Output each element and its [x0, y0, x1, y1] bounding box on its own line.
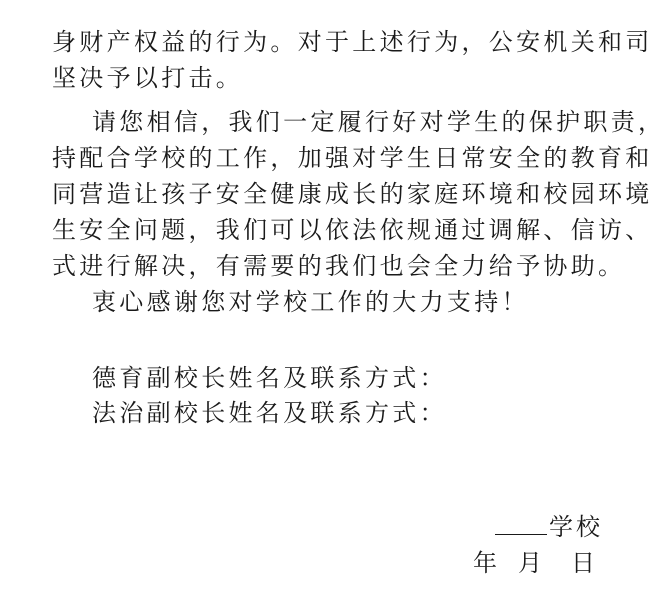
date-day-label: 日	[571, 548, 595, 578]
date-month-label: 月	[518, 548, 542, 578]
moral-vice-principal-contact-label: 德育副校长姓名及联系方式：	[92, 363, 650, 393]
date-year-label: 年	[473, 548, 497, 578]
paragraph-2-line-2: 持配合学校的工作，加强对学生日常安全的教育和提醒，共	[52, 143, 612, 173]
paragraph-2-line-5: 式进行解决，有需要的我们也会全力给予协助。	[52, 251, 612, 281]
paragraph-2-line-1: 请您相信，我们一定履行好对学生的保护职责，请您支	[92, 107, 650, 137]
school-suffix: 学校	[549, 513, 603, 541]
letter-page: 身财产权益的行为。对于上述行为，公安机关和司法机关将 坚决予以打击。 请您相信，…	[0, 0, 650, 599]
legal-vice-principal-contact-label: 法治副校长姓名及联系方式：	[92, 398, 650, 428]
paragraph-3-line-1: 衷心感谢您对学校工作的大力支持！	[92, 287, 650, 317]
paragraph-2-line-4: 生安全问题，我们可以依法依规通过调解、信访、诉讼等方	[52, 215, 612, 245]
school-name-blank	[495, 512, 547, 535]
paragraph-1-line-2: 坚决予以打击。	[52, 63, 612, 93]
paragraph-1-line-1: 身财产权益的行为。对于上述行为，公安机关和司法机关将	[52, 27, 612, 57]
paragraph-2-line-3: 同营造让孩子安全健康成长的家庭环境和校园环境。一旦发	[52, 179, 612, 209]
school-signature: 学校	[495, 512, 603, 542]
